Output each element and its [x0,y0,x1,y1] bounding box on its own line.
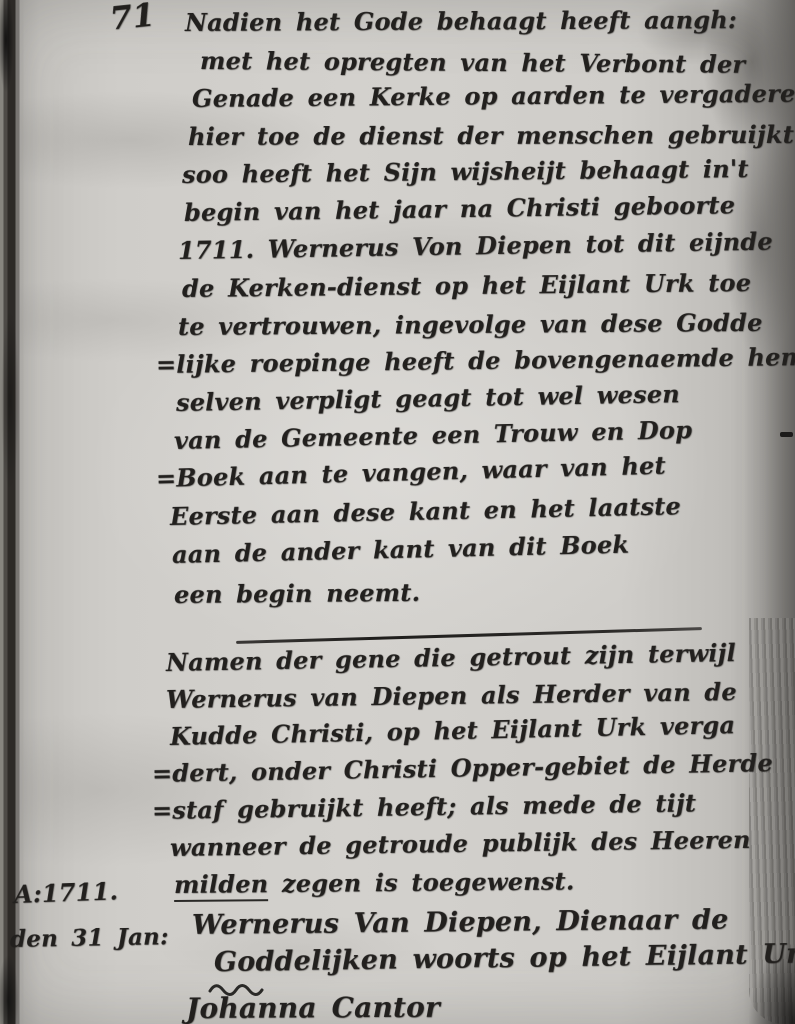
manuscript-line: een begin neemt. [174,578,420,609]
manuscript-line: Nadien het Gode behaagt heeft aangh: [185,5,737,37]
manuscript-line: =dert, onder Christi Opper-gebiet de Her… [152,748,773,788]
manuscript-line: Namen der gene die getrout zijn terwijl [166,638,736,677]
underlined-word: milden [174,869,269,902]
edge-ink-mark [780,432,793,437]
manuscript-line: Genade een Kerke op aarden te vergaderen [192,79,795,113]
manuscript-line: Kudde Christi, op het Eijlant Urk verga [170,710,736,751]
manuscript-line: met het opregten van het Verbont der [200,46,745,79]
manuscript-line: Wernerus van Diepen als Herder van de [166,677,737,714]
line-remainder: zegen is toegewenst. [268,867,574,899]
manuscript-line: Eerste aan dese kant en het laatste [170,491,681,531]
entry-bride-name: Johanna Cantor [186,991,440,1024]
margin-note-date: den 31 Jan: [10,923,169,953]
manuscript-line: aan de ander kant van dit Boek [172,530,630,569]
margin-note-year: A:1711. [13,876,118,909]
manuscript-line: soo heeft het Sijn wijsheijt behaagt in'… [182,154,749,189]
manuscript-line: 1711. Wernerus Von Diepen tot dit eijnde [178,227,773,265]
manuscript-line: =Boek aan te vangen, waar van het [156,451,666,493]
manuscript-page: 71 Nadien het Gode behaagt heeft aangh: … [0,0,795,1024]
book-binding-edge [0,0,26,1024]
manuscript-line: hier toe de dienst der menschen gebruijk… [188,120,794,151]
manuscript-line: =lijke roepinge heeft de bovengenaemde h… [156,342,795,379]
entry-groom-line: Wernerus Van Diepen, Dienaar de [192,904,729,941]
manuscript-line: van de Gemeente een Trouw en Dop [174,415,693,455]
entry-groom-line: Goddelijken woorts op het Eijlant Urk [214,939,795,978]
manuscript-line: wanneer de getroude publijk des Heeren [170,825,751,862]
manuscript-line: de Kerken-dienst op het Eijlant Urk toe [182,268,751,303]
page-number: 71 [108,0,157,38]
manuscript-line: selven verpligt geagt tot wel wesen [176,379,680,417]
manuscript-line: =staf gebruijkt heeft; als mede de tijt [152,788,696,825]
manuscript-line: begin van het jaar na Christi geboorte [184,190,736,227]
manuscript-line: milden zegen is toegewenst. [174,867,575,899]
manuscript-line: te vertrouwen, ingevolge van dese Godde [178,308,763,341]
